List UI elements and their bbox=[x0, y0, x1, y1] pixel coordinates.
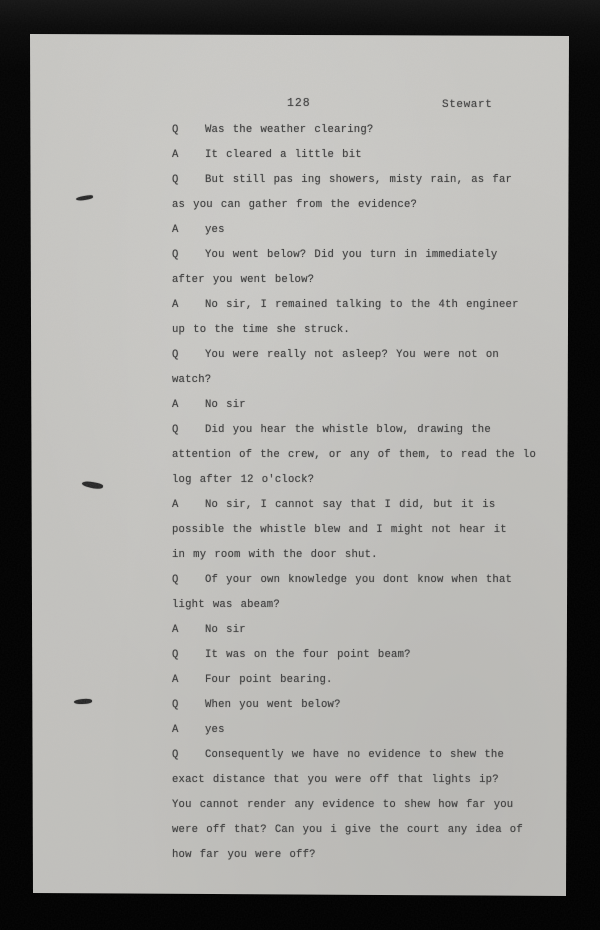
transcript-line: QYou were really not asleep? You were no… bbox=[172, 343, 569, 368]
qa-label: A bbox=[172, 718, 205, 743]
line-text: light was abeam? bbox=[172, 599, 280, 611]
photo-background: 128 Stewart QWas the weather clearing? A… bbox=[0, 0, 600, 930]
line-text: You were really not asleep? You were not… bbox=[205, 349, 499, 361]
qa-label: A bbox=[172, 143, 205, 168]
transcript-line: ANo sir bbox=[172, 618, 569, 643]
transcript-line: QOf your own knowledge you dont know whe… bbox=[172, 568, 569, 593]
transcript-line: QIt was on the four point beam? bbox=[172, 643, 569, 668]
qa-label: Q bbox=[172, 118, 205, 143]
transcript: QWas the weather clearing? AIt cleared a… bbox=[30, 118, 569, 868]
line-text: exact distance that you were off that li… bbox=[172, 774, 499, 786]
transcript-line: up to the time she struck. bbox=[172, 318, 569, 343]
transcript-line: attention of the crew, or any of them, t… bbox=[172, 443, 569, 468]
qa-label: Q bbox=[172, 568, 205, 593]
transcript-line: AFour point bearing. bbox=[172, 668, 569, 693]
line-text: in my room with the door shut. bbox=[172, 549, 378, 561]
line-text: No sir, I cannot say that I did, but it … bbox=[205, 499, 495, 511]
transcript-line: QWhen you went below? bbox=[172, 693, 569, 718]
line-text: No sir bbox=[205, 624, 246, 636]
line-text: attention of the crew, or any of them, t… bbox=[172, 449, 536, 461]
line-text: yes bbox=[205, 724, 225, 736]
qa-label: Q bbox=[172, 168, 205, 193]
page-header: 128 Stewart bbox=[30, 97, 569, 117]
qa-label: Q bbox=[172, 243, 205, 268]
witness-name: Stewart bbox=[442, 99, 492, 111]
transcript-line: light was abeam? bbox=[172, 593, 569, 618]
qa-label: A bbox=[172, 393, 205, 418]
transcript-line: as you can gather from the evidence? bbox=[172, 193, 569, 218]
transcript-line: ANo sir, I remained talking to the 4th e… bbox=[172, 293, 569, 318]
line-text: But still pas ing showers, misty rain, a… bbox=[205, 174, 512, 186]
line-text: You cannot render any evidence to shew h… bbox=[172, 799, 513, 811]
transcript-line: QWas the weather clearing? bbox=[172, 118, 569, 143]
transcript-line: QYou went below? Did you turn in immedia… bbox=[172, 243, 569, 268]
line-text: watch? bbox=[172, 374, 211, 386]
transcript-line: log after 12 o'clock? bbox=[172, 468, 569, 493]
line-text: up to the time she struck. bbox=[172, 324, 350, 336]
line-text: No sir bbox=[205, 399, 246, 411]
line-text: When you went below? bbox=[205, 699, 341, 711]
line-text: Did you hear the whistle blow, drawing t… bbox=[205, 424, 491, 436]
page-number: 128 bbox=[287, 97, 311, 110]
qa-label: A bbox=[172, 218, 205, 243]
line-text: possible the whistle blew and I might no… bbox=[172, 524, 507, 536]
line-text: Four point bearing. bbox=[205, 674, 333, 686]
transcript-line: Ayes bbox=[172, 218, 569, 243]
transcript-line: AIt cleared a little bit bbox=[172, 143, 569, 168]
line-text: as you can gather from the evidence? bbox=[172, 199, 417, 211]
transcript-line: were off that? Can you i give the court … bbox=[172, 818, 569, 843]
line-text: Of your own knowledge you dont know when… bbox=[205, 574, 512, 586]
transcript-line: possible the whistle blew and I might no… bbox=[172, 518, 569, 543]
qa-label: A bbox=[172, 493, 205, 518]
line-text: No sir, I remained talking to the 4th en… bbox=[205, 299, 519, 311]
transcript-line: QBut still pas ing showers, misty rain, … bbox=[172, 168, 569, 193]
qa-label: Q bbox=[172, 343, 205, 368]
qa-label: A bbox=[172, 618, 205, 643]
transcript-line: after you went below? bbox=[172, 268, 569, 293]
transcript-line: ANo sir, I cannot say that I did, but it… bbox=[172, 493, 569, 518]
transcript-line: how far you were off? bbox=[172, 843, 569, 868]
line-text: were off that? Can you i give the court … bbox=[172, 824, 523, 836]
transcript-line: You cannot render any evidence to shew h… bbox=[172, 793, 569, 818]
document-page: 128 Stewart QWas the weather clearing? A… bbox=[30, 33, 569, 896]
transcript-line: QConsequently we have no evidence to she… bbox=[172, 743, 569, 768]
line-text: log after 12 o'clock? bbox=[172, 474, 314, 486]
line-text: after you went below? bbox=[172, 274, 314, 286]
qa-label: Q bbox=[172, 643, 205, 668]
qa-label: A bbox=[172, 668, 205, 693]
transcript-line: ANo sir bbox=[172, 393, 569, 418]
line-text: You went below? Did you turn in immediat… bbox=[205, 249, 497, 261]
line-text: It was on the four point beam? bbox=[205, 649, 411, 661]
line-text: Was the weather clearing? bbox=[205, 124, 373, 136]
qa-label: A bbox=[172, 293, 205, 318]
qa-label: Q bbox=[172, 743, 205, 768]
transcript-line: Ayes bbox=[172, 718, 569, 743]
qa-label: Q bbox=[172, 418, 205, 443]
line-text: It cleared a little bit bbox=[205, 149, 362, 161]
transcript-line: in my room with the door shut. bbox=[172, 543, 569, 568]
line-text: how far you were off? bbox=[172, 849, 316, 861]
transcript-line: exact distance that you were off that li… bbox=[172, 768, 569, 793]
qa-label: Q bbox=[172, 693, 205, 718]
line-text: Consequently we have no evidence to shew… bbox=[205, 749, 504, 761]
transcript-line: QDid you hear the whistle blow, drawing … bbox=[172, 418, 569, 443]
line-text: yes bbox=[205, 224, 225, 236]
transcript-line: watch? bbox=[172, 368, 569, 393]
